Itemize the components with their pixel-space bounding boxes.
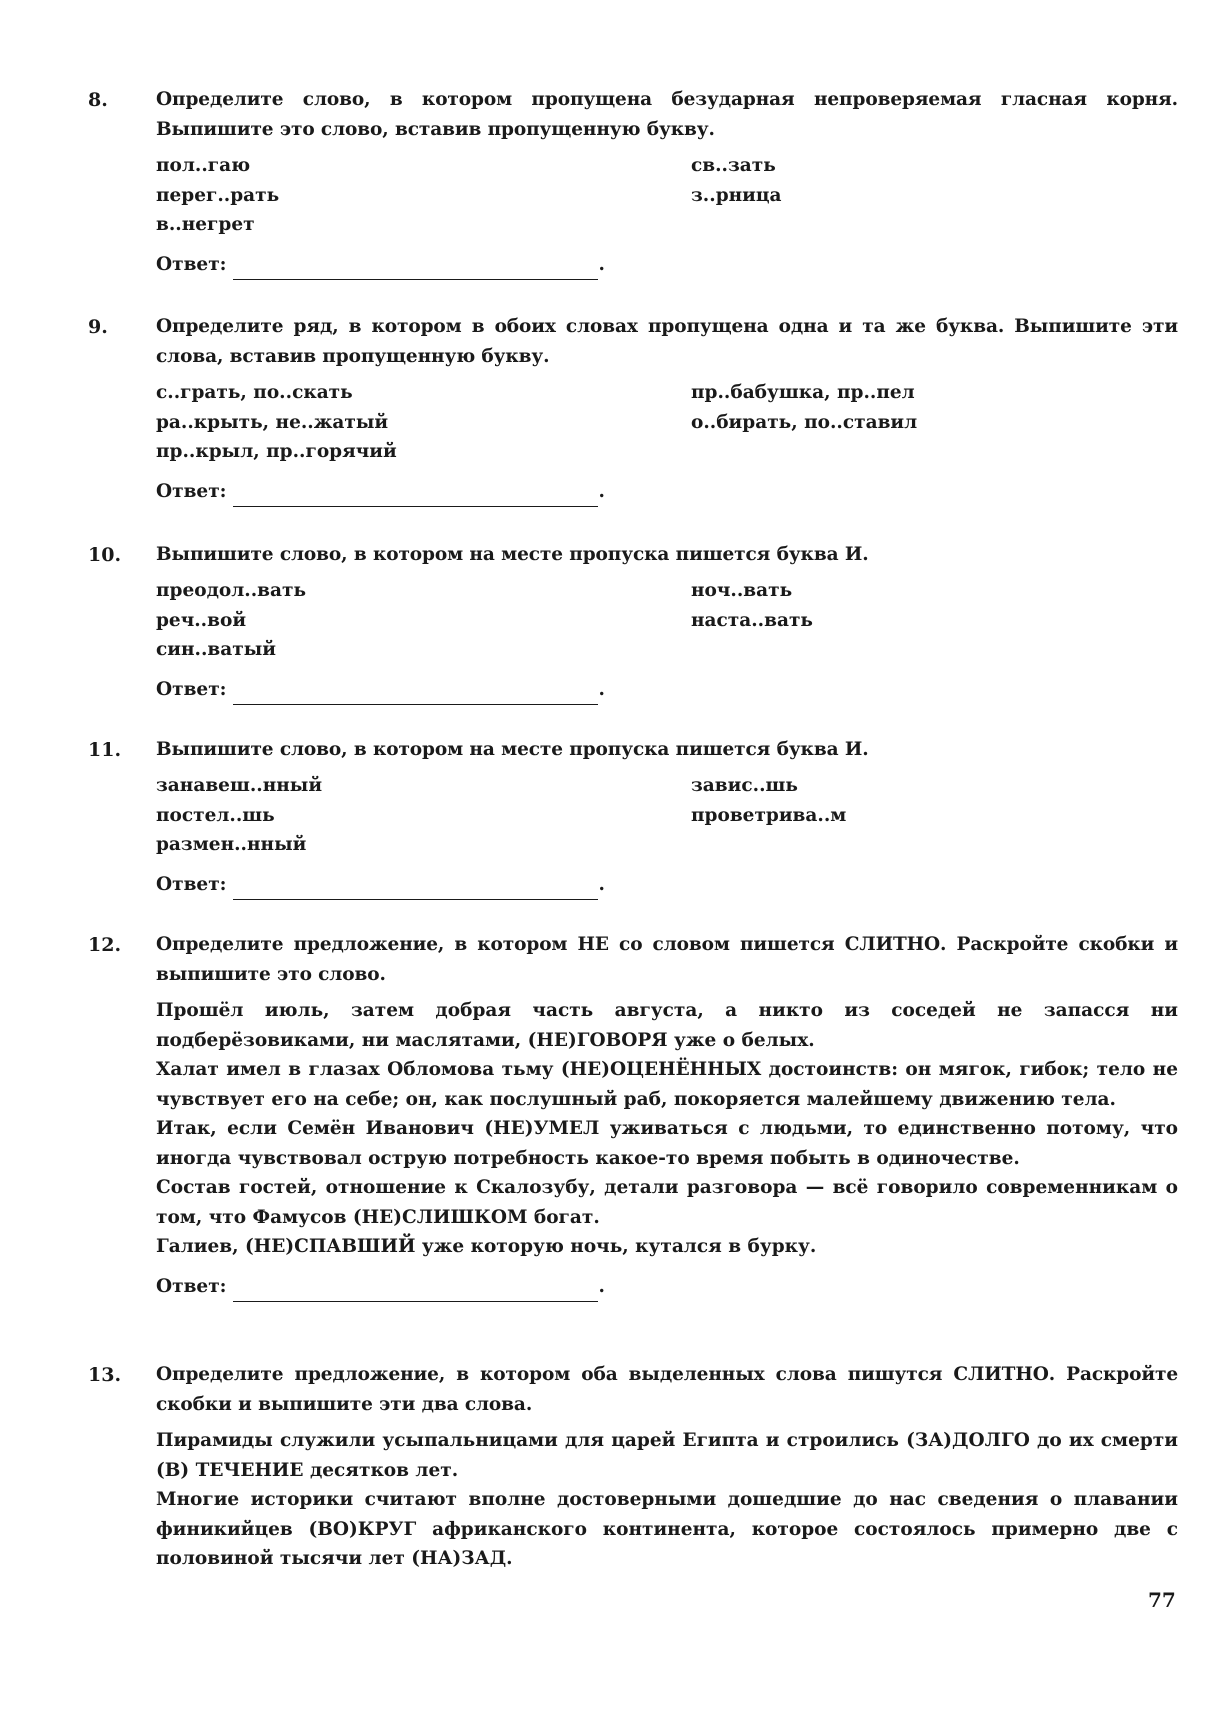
option: постел..шь [156, 801, 691, 831]
task-9: 9. Определите ряд, в котором в обоих сло… [88, 312, 1178, 507]
task-10: 10. Выпишите слово, в котором на месте п… [88, 540, 1178, 705]
task-prompt: Выпишите слово, в котором на месте пропу… [156, 540, 1178, 570]
task-prompt: Определите предложение, в котором оба вы… [156, 1360, 1178, 1420]
answer-row: Ответ: . [156, 675, 1178, 705]
options-grid: пол..гаю св..зать перег..рать з..рница в… [156, 151, 1178, 240]
answer-dot: . [599, 1272, 605, 1302]
option: пр..крыл, пр..горячий [156, 437, 691, 467]
answer-row: Ответ: . [156, 1272, 1178, 1302]
sentence: Халат имел в глазах Обломова тьму (НЕ)ОЦ… [156, 1055, 1178, 1114]
answer-dot: . [599, 477, 605, 507]
answer-dot: . [599, 870, 605, 900]
option: реч..вой [156, 606, 691, 636]
textbook-page: 8. Определите слово, в котором пропущена… [0, 0, 1210, 1712]
answer-blank[interactable] [233, 879, 598, 900]
options-grid: преодол..вать ноч..вать реч..вой наста..… [156, 576, 1178, 665]
answer-blank[interactable] [233, 486, 598, 507]
task-number: 8. [88, 85, 148, 115]
option: преодол..вать [156, 576, 691, 606]
option: в..негрет [156, 210, 691, 240]
sentence: Состав гостей, отношение к Скалозубу, де… [156, 1173, 1178, 1232]
answer-row: Ответ: . [156, 250, 1178, 280]
task-prompt: Определите слово, в котором пропущена бе… [156, 85, 1178, 145]
option: ноч..вать [691, 576, 1178, 606]
task-13: 13. Определите предложение, в котором об… [88, 1360, 1178, 1574]
answer-label: Ответ: [156, 870, 227, 900]
task-number: 11. [88, 735, 148, 765]
answer-label: Ответ: [156, 250, 227, 280]
sentence: Галиев, (НЕ)СПАВШИЙ уже которую ночь, ку… [156, 1232, 1178, 1262]
answer-blank[interactable] [233, 684, 598, 705]
answer-label: Ответ: [156, 1272, 227, 1302]
option: пр..бабушка, пр..пел [691, 378, 1178, 408]
sentence: Итак, если Семён Иванович (НЕ)УМЕЛ ужива… [156, 1114, 1178, 1173]
task-number: 13. [88, 1360, 148, 1390]
option: ра..крыть, не..жатый [156, 408, 691, 438]
option: проветрива..м [691, 801, 1178, 831]
answer-label: Ответ: [156, 477, 227, 507]
sentence: Прошёл июль, затем добрая часть августа,… [156, 996, 1178, 1055]
option: перег..рать [156, 181, 691, 211]
option: занавеш..нный [156, 771, 691, 801]
option: син..ватый [156, 635, 691, 665]
options-grid: занавеш..нный завис..шь постел..шь прове… [156, 771, 1178, 860]
answer-row: Ответ: . [156, 477, 1178, 507]
option: размен..нный [156, 830, 691, 860]
option: наста..вать [691, 606, 1178, 636]
answer-row: Ответ: . [156, 870, 1178, 900]
answer-label: Ответ: [156, 675, 227, 705]
option: з..рница [691, 181, 1178, 211]
task-prompt: Определите ряд, в котором в обоих словах… [156, 312, 1178, 372]
answer-dot: . [599, 250, 605, 280]
sentence-list: Прошёл июль, затем добрая часть августа,… [156, 996, 1178, 1262]
page-number: 77 [1148, 1588, 1176, 1612]
task-11: 11. Выпишите слово, в котором на месте п… [88, 735, 1178, 900]
answer-blank[interactable] [233, 259, 598, 280]
task-12: 12. Определите предложение, в котором НЕ… [88, 930, 1178, 1302]
option: о..бирать, по..ставил [691, 408, 1178, 438]
answer-dot: . [599, 675, 605, 705]
task-8: 8. Определите слово, в котором пропущена… [88, 85, 1178, 280]
options-grid: с..грать, по..скать пр..бабушка, пр..пел… [156, 378, 1178, 467]
option: с..грать, по..скать [156, 378, 691, 408]
task-prompt: Выпишите слово, в котором на месте пропу… [156, 735, 1178, 765]
sentence: Многие историки считают вполне достоверн… [156, 1485, 1178, 1574]
task-number: 9. [88, 312, 148, 342]
sentence: Пирамиды служили усыпальницами для царей… [156, 1426, 1178, 1485]
option: св..зать [691, 151, 1178, 181]
option: пол..гаю [156, 151, 691, 181]
task-number: 10. [88, 540, 148, 570]
answer-blank[interactable] [233, 1281, 598, 1302]
task-prompt: Определите предложение, в котором НЕ со … [156, 930, 1178, 990]
task-number: 12. [88, 930, 148, 960]
option: завис..шь [691, 771, 1178, 801]
sentence-list: Пирамиды служили усыпальницами для царей… [156, 1426, 1178, 1574]
